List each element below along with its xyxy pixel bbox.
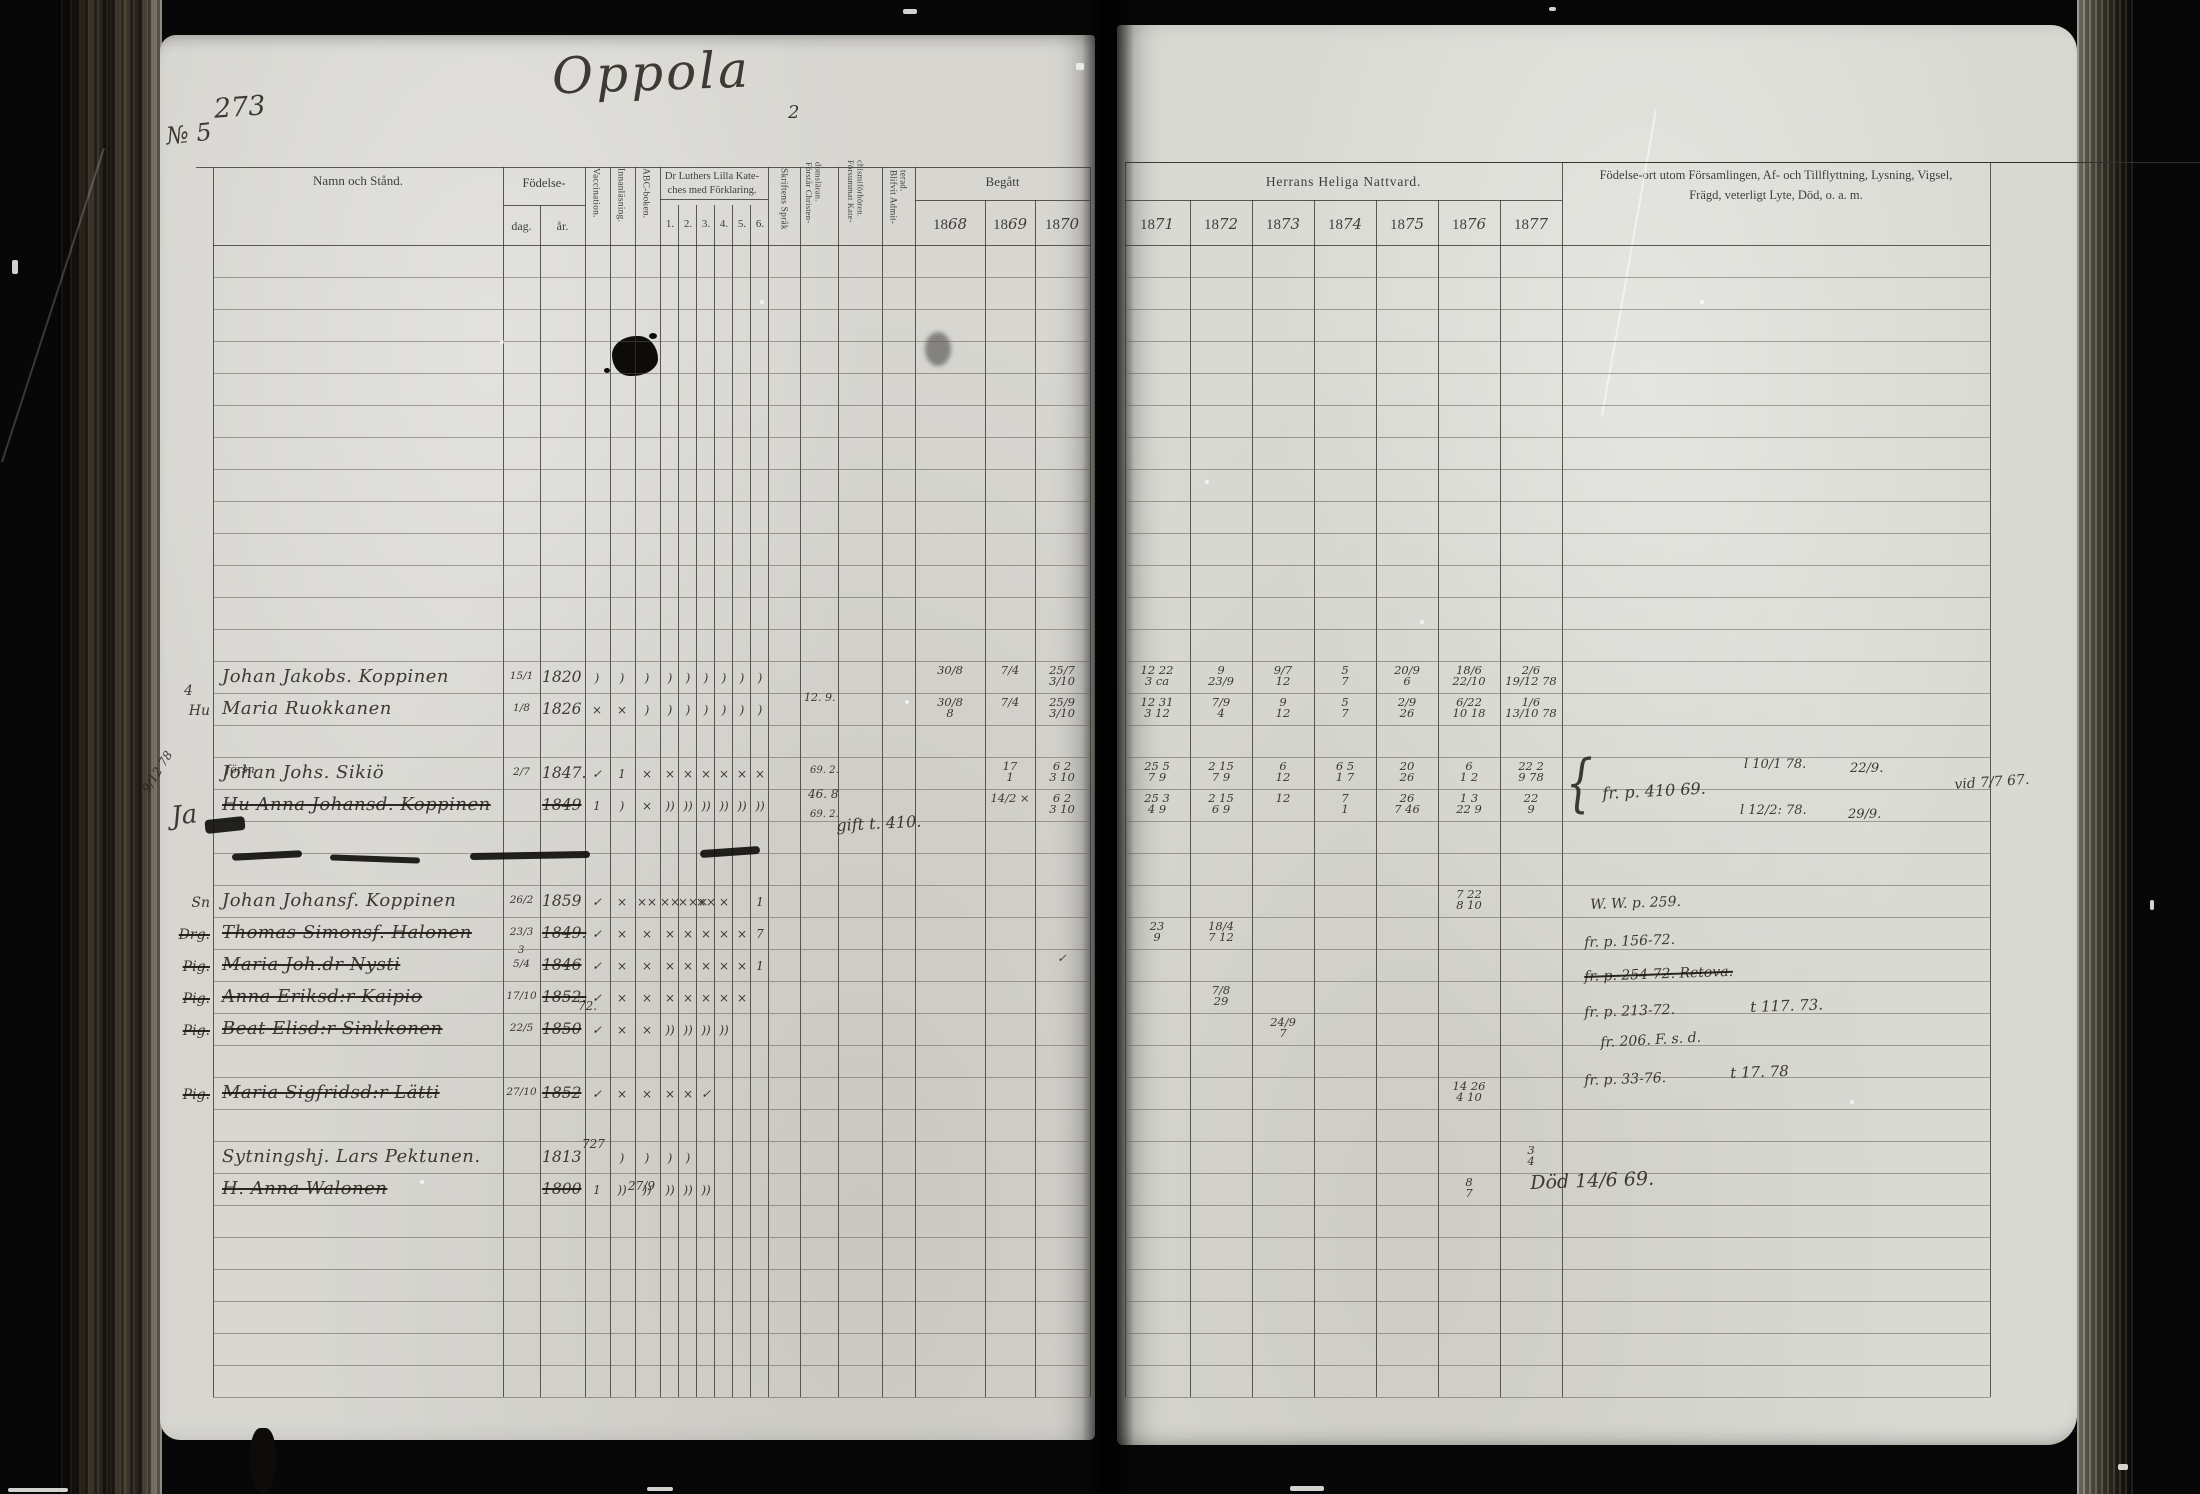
- grid-rowline: [213, 533, 1090, 534]
- tick-mark: ××: [696, 896, 716, 908]
- communion-mark: 12 313 12: [1127, 697, 1187, 718]
- grid-rowline: [1125, 565, 1990, 566]
- grid-rowline: [213, 949, 1090, 950]
- tick-mark: ×: [732, 768, 752, 780]
- tick-mark: ): [714, 672, 734, 684]
- margin-note: l 12/2: 78.: [1740, 804, 1807, 817]
- tick-mark: ×: [714, 992, 734, 1004]
- tick-mark: ×: [678, 1088, 698, 1100]
- tick-mark: ): [637, 672, 657, 684]
- record-prefix: Pig.: [160, 1088, 210, 1102]
- catechism-col-header: 6.: [751, 218, 769, 230]
- tick-mark: ×: [612, 928, 632, 940]
- tick-mark: 1: [612, 768, 632, 780]
- communion-mark: 7/4: [980, 665, 1040, 676]
- right-page: [1117, 25, 2077, 1445]
- record-birth-year: 1859: [542, 894, 586, 910]
- grid-hline: [213, 245, 1090, 246]
- grid-rowline: [213, 1333, 1090, 1334]
- tick-mark: ): [612, 800, 632, 812]
- grid-rowline: [1125, 405, 1990, 406]
- communion-mark: 25/93/10: [1032, 697, 1092, 718]
- record-prefix: Pig.: [160, 992, 210, 1006]
- grid-rowline: [1125, 373, 1990, 374]
- tick-mark: ×: [678, 992, 698, 1004]
- tick-mark: ×: [714, 768, 734, 780]
- record-prefix: Drg.: [160, 928, 210, 942]
- grid-rowline: [1125, 693, 1990, 694]
- margin-note: fr. p. 156-72.: [1584, 933, 1675, 950]
- book-edge-right: [2077, 0, 2135, 1494]
- record-name: Sytningshj. Lars Pektunen.: [222, 1148, 481, 1166]
- grid-rowline: [1125, 885, 1990, 886]
- communion-mark: 171: [980, 761, 1040, 782]
- year-header-1874: 1874: [1315, 216, 1375, 234]
- grid-rowline: [213, 629, 1090, 630]
- grid-rowline: [213, 437, 1090, 438]
- margin-note: Död 14/6 69.: [1530, 1170, 1654, 1193]
- tick-mark: )): [660, 1184, 680, 1196]
- grid-hline: [1125, 162, 2040, 163]
- grid-rowline: [213, 821, 1090, 822]
- paper-dust: [1420, 620, 1424, 624]
- record-birth-day: 26/2: [503, 895, 540, 906]
- tick-mark: )): [660, 800, 680, 812]
- record-birth-year: 1849.: [542, 926, 586, 942]
- catechism-col-header: 5.: [733, 218, 751, 230]
- tick-mark: ×: [696, 928, 716, 940]
- grid-rowline: [1125, 629, 1990, 630]
- grid-rowline: [1125, 1045, 1990, 1046]
- tick-mark: 1: [750, 896, 770, 908]
- record-birth-day: 22/5: [503, 1023, 540, 1034]
- page-number: 273: [213, 92, 266, 123]
- margin-note: t 117. 73.: [1750, 997, 1823, 1015]
- grid-vline: [882, 167, 883, 1397]
- tick-mark: ×: [637, 1088, 657, 1100]
- grid-rowline: [213, 789, 1090, 790]
- grid-rowline: [213, 1301, 1090, 1302]
- grid-rowline: [213, 309, 1090, 310]
- tick-mark: ✓: [587, 1088, 607, 1100]
- communion-mark: 18/622/10: [1439, 665, 1499, 686]
- grid-rowline: [1125, 341, 1990, 342]
- grid-rowline: [213, 885, 1090, 886]
- tick-mark: 7: [750, 928, 770, 940]
- margin-note: 22/9.: [1850, 762, 1883, 775]
- tick-mark: ×: [612, 960, 632, 972]
- grid-rowline: [213, 373, 1090, 374]
- dust-speck: [903, 9, 917, 14]
- col-header-understands: Förstår Christen-domsläran.: [804, 162, 822, 256]
- tick-mark: ): [660, 1152, 680, 1164]
- tick-mark: ×: [696, 992, 716, 1004]
- grid-rowline: [1125, 1301, 1990, 1302]
- record-name: Maria Joh.dr Nysti: [222, 956, 400, 974]
- communion-mark: 2/619/12 78: [1501, 665, 1561, 686]
- tick-mark: )): [678, 1184, 698, 1196]
- catechism-col-header: 2.: [679, 218, 697, 230]
- grid-rowline: [1125, 917, 1990, 918]
- col-header-communion: Herrans Heliga Nattvard.: [1125, 174, 1562, 189]
- grid-rowline: [1125, 1013, 1990, 1014]
- dust-speck: [12, 260, 18, 274]
- tick-mark: ×: [612, 992, 632, 1004]
- tick-mark: ×: [612, 896, 632, 908]
- communion-mark: 71: [1315, 793, 1375, 814]
- year-header-1872: 1872: [1191, 216, 1251, 234]
- grid-rowline: [213, 565, 1090, 566]
- grid-rowline: [1125, 1269, 1990, 1270]
- tick-mark: ): [732, 672, 752, 684]
- grid-rowline: [1125, 1141, 1990, 1142]
- margin-note: 12. 9.: [804, 692, 836, 703]
- year-header-1870: 1870: [1032, 216, 1092, 234]
- communion-mark: 14 264 10: [1439, 1081, 1499, 1102]
- year-header-1868: 1868: [920, 216, 980, 234]
- grid-vline: [635, 167, 636, 1397]
- grid-vline: [1562, 162, 1563, 1397]
- grid-rowline: [1125, 277, 1990, 278]
- communion-mark: 25 34 9: [1127, 793, 1187, 814]
- book-edge-left: [58, 0, 162, 1494]
- communion-mark: 267 46: [1377, 793, 1437, 814]
- tick-mark: ×: [660, 768, 680, 780]
- grid-rowline: [1125, 597, 1990, 598]
- communion-mark: 2/926: [1377, 697, 1437, 718]
- record-name: Beat Elisd:r Sinkkonen: [222, 1020, 443, 1038]
- grid-rowline: [213, 1173, 1090, 1174]
- grid-rowline: [1125, 501, 1990, 502]
- communion-mark: 6 51 7: [1315, 761, 1375, 782]
- communion-mark: 61 2: [1439, 761, 1499, 782]
- tick-mark: ): [612, 672, 632, 684]
- communion-mark: 22 29 78: [1501, 761, 1561, 782]
- col-header-catechism-2: ches med Förklaring.: [652, 185, 772, 197]
- margin-note: 46. 8: [808, 788, 839, 800]
- record-birth-year: 1852: [542, 1086, 586, 1102]
- tick-mark: ): [750, 672, 770, 684]
- record-birth-year: 1849: [542, 798, 586, 814]
- catechism-col-header: 1.: [661, 218, 679, 230]
- margin-note: 3: [518, 946, 524, 956]
- col-header-missed: Försummat Kate-chismiförhören.: [846, 160, 864, 256]
- tick-mark: 1: [587, 1184, 607, 1196]
- tick-mark: ×: [660, 960, 680, 972]
- col-header-abc: ABC-boken.: [640, 168, 650, 254]
- grid-rowline: [213, 501, 1090, 502]
- record-birth-day: 15/1: [503, 671, 540, 682]
- tick-mark: ): [637, 1152, 657, 1164]
- tick-mark: ×: [637, 960, 657, 972]
- dust-speck: [2118, 1464, 2128, 1470]
- tick-mark: )): [714, 1024, 734, 1036]
- grid-rowline: [213, 661, 1090, 662]
- col-header-reading: Innanläsning.: [615, 168, 625, 254]
- grid-rowline: [1125, 757, 1990, 758]
- col-header-vaccination: Vaccination.: [590, 168, 600, 254]
- grid-rowline: [1125, 789, 1990, 790]
- tick-mark: ×: [714, 960, 734, 972]
- grid-rowline: [1125, 981, 1990, 982]
- margin-note: 69. 2.: [810, 810, 839, 820]
- tick-mark: )): [696, 1024, 716, 1036]
- communion-mark: 239: [1127, 921, 1187, 942]
- tick-mark: ×: [660, 1088, 680, 1100]
- paper-dust: [1850, 1100, 1854, 1104]
- grid-rowline: [213, 1365, 1090, 1366]
- grid-rowline: [213, 597, 1090, 598]
- communion-mark: ✓: [1032, 953, 1092, 964]
- tick-mark: )): [660, 1024, 680, 1036]
- col-header-admitted: Blifvit Admit-terad.: [888, 170, 907, 256]
- tick-mark: ✓: [587, 960, 607, 972]
- record-birth-day: 27/10: [503, 1087, 540, 1098]
- record-name: Johan Johansf. Koppinen: [222, 892, 456, 910]
- grid-rowline: [1125, 1077, 1990, 1078]
- tick-mark: 1: [587, 800, 607, 812]
- record-name: Maria Sigfridsd:r Lätti: [222, 1084, 440, 1102]
- record-prefix: Pig.: [160, 960, 210, 974]
- record-birth-year: 1847.: [542, 766, 586, 782]
- paper-dust: [760, 300, 764, 304]
- grid-vline: [838, 167, 839, 1397]
- grid-hline: [1125, 200, 1562, 201]
- grid-rowline: [213, 1205, 1090, 1206]
- record-birth-day: 17/10: [503, 991, 540, 1002]
- record-birth-day: 1/8: [503, 703, 540, 714]
- record-name: H. Anna Walonen: [222, 1180, 387, 1198]
- record-birth-year: 1800: [542, 1182, 586, 1198]
- tick-mark: )): [732, 800, 752, 812]
- bookmark-ribbon: [250, 1428, 276, 1494]
- tick-mark: ×: [678, 928, 698, 940]
- grid-rowline: [1125, 949, 1990, 950]
- grid-rowline: [213, 1013, 1090, 1014]
- margin-note: fr. p. 213-72.: [1584, 1003, 1675, 1020]
- tick-mark: ): [678, 672, 698, 684]
- tick-mark: )): [696, 800, 716, 812]
- record-name: Anna Eriksd:r Kaipio: [222, 988, 422, 1006]
- tick-mark: 1: [750, 960, 770, 972]
- grid-vline: [213, 167, 214, 1397]
- tick-mark: ): [587, 672, 607, 684]
- tick-mark: ×: [612, 1024, 632, 1036]
- grid-rowline: [213, 981, 1090, 982]
- grid-vline: [800, 167, 801, 1397]
- tick-mark: ×: [732, 928, 752, 940]
- tick-mark: ×: [678, 960, 698, 972]
- tick-mark: ×: [637, 928, 657, 940]
- grid-rowline: [1125, 1205, 1990, 1206]
- grid-rowline: [213, 693, 1090, 694]
- grid-hline: [503, 205, 585, 206]
- grid-vline: [540, 205, 541, 1397]
- grid-rowline: [1125, 1333, 1990, 1334]
- grid-rowline: [1125, 437, 1990, 438]
- grid-rowline: [213, 917, 1090, 918]
- margin-note: 727: [582, 1138, 605, 1150]
- margin-note: t 17. 78: [1730, 1064, 1789, 1081]
- col-header-birth-year: år.: [540, 220, 585, 233]
- tick-mark: ×: [612, 1088, 632, 1100]
- communion-mark: 229: [1501, 793, 1561, 814]
- communion-mark: 612: [1253, 761, 1313, 782]
- communion-mark: 57: [1315, 665, 1375, 686]
- col-header-name: Namn och Stånd.: [253, 174, 463, 189]
- grid-rowline: [1125, 469, 1990, 470]
- communion-mark: 20/96: [1377, 665, 1437, 686]
- year-header-1869: 1869: [980, 216, 1040, 234]
- communion-mark: 1 322 9: [1439, 793, 1499, 814]
- dust-speck: [1549, 7, 1556, 11]
- margin-note: Ja: [170, 801, 199, 830]
- col-header-committed: Begått: [915, 175, 1090, 190]
- tick-mark: ): [732, 704, 752, 716]
- communion-mark: 912: [1253, 697, 1313, 718]
- communion-mark: 2 157 9: [1191, 761, 1251, 782]
- margin-note: {: [1566, 752, 1593, 815]
- grid-rowline: [213, 1237, 1090, 1238]
- grid-rowline: [213, 341, 1090, 342]
- communion-mark: 1/613/10 78: [1501, 697, 1561, 718]
- tick-mark: ): [696, 704, 716, 716]
- year-header-1876: 1876: [1439, 216, 1499, 234]
- grid-vline: [768, 167, 769, 1397]
- communion-mark: 12: [1253, 793, 1313, 804]
- record-birth-year: 1820: [542, 670, 586, 686]
- grid-rowline: [1125, 1365, 1990, 1366]
- grid-hline: [1125, 245, 1990, 246]
- year-header-1871: 1871: [1127, 216, 1187, 234]
- tick-mark: )): [678, 1024, 698, 1036]
- col-header-notes-1: Födelse-ort utom Församlingen, Af- och T…: [1562, 168, 1990, 182]
- margin-note: W. W. p. 259.: [1590, 895, 1681, 912]
- tick-mark: ×: [732, 960, 752, 972]
- grid-rowline: [213, 1109, 1090, 1110]
- tick-mark: ): [714, 704, 734, 716]
- record-name: Maria Ruokkanen: [222, 700, 392, 718]
- tick-mark: ×: [612, 704, 632, 716]
- record-name: Hu Anna Johansd. Koppinen: [222, 796, 491, 814]
- year-header-1875: 1875: [1377, 216, 1437, 234]
- grid-rowline: [213, 1045, 1090, 1046]
- grid-rowline: [213, 1077, 1090, 1078]
- tick-mark: )): [678, 800, 698, 812]
- communion-mark: 24/97: [1253, 1017, 1313, 1038]
- record-birth-day: 2/7: [503, 767, 540, 778]
- margin-note: fr. p. 33-76.: [1584, 1071, 1666, 1088]
- record-birth-year: 1813: [542, 1150, 586, 1166]
- tick-mark: ××: [637, 896, 657, 908]
- header-number-note: № 5: [165, 120, 213, 149]
- dust-speck: [1076, 63, 1084, 70]
- grid-vline: [503, 167, 504, 1397]
- paper-dust: [420, 1180, 424, 1184]
- grid-rowline: [213, 1141, 1090, 1142]
- tick-mark: ×: [696, 960, 716, 972]
- record-name: Thomas Simonsf. Halonen: [222, 924, 472, 942]
- grid-rowline: [1125, 853, 1990, 854]
- tick-mark: )): [714, 800, 734, 812]
- communion-mark: 14/2 ×: [980, 793, 1040, 804]
- grid-rowline: [213, 469, 1090, 470]
- tick-mark: ×: [637, 992, 657, 1004]
- record-birth-day: 5/4: [503, 959, 540, 970]
- record-prefix: Sn: [160, 896, 210, 910]
- col-header-catechism-1: Dr Luthers Lilla Kate-: [652, 171, 772, 183]
- grid-rowline: [1125, 309, 1990, 310]
- paper-dust: [905, 700, 909, 704]
- communion-mark: 18/47 12: [1191, 921, 1251, 942]
- dust-speck: [8, 1488, 68, 1492]
- grid-rowline: [213, 277, 1090, 278]
- communion-mark: 2026: [1377, 761, 1437, 782]
- margin-note: 29/9.: [1848, 808, 1881, 821]
- tick-mark: ✓: [587, 896, 607, 908]
- grid-rowline: [1125, 1397, 1990, 1398]
- communion-mark: 30/8: [920, 665, 980, 676]
- record-prefix: Pig.: [160, 1024, 210, 1038]
- grid-vline: [915, 167, 916, 1397]
- ink-blot-satellite: [649, 333, 657, 339]
- grid-rowline: [213, 1269, 1090, 1270]
- ink-smudge: [925, 332, 951, 366]
- tick-mark: ): [678, 1152, 698, 1164]
- communion-mark: 25/73/10: [1032, 665, 1092, 686]
- record-prefix: Hu: [160, 704, 210, 718]
- tick-mark: ×××: [678, 896, 698, 908]
- catechism-col-header: 3.: [697, 218, 715, 230]
- communion-mark: 87: [1439, 1177, 1499, 1198]
- grid-rowline: [1125, 661, 1990, 662]
- tick-mark: ): [750, 704, 770, 716]
- tick-mark: ): [637, 704, 657, 716]
- grid-rowline: [213, 405, 1090, 406]
- communion-mark: 12 223 ca: [1127, 665, 1187, 686]
- tick-mark: ×: [732, 992, 752, 1004]
- margin-note: 27/9: [628, 1180, 655, 1192]
- grid-vline: [660, 167, 661, 1397]
- tick-mark: ××: [660, 896, 680, 908]
- communion-mark: 7 228 10: [1439, 889, 1499, 910]
- tick-mark: ✓: [696, 1088, 716, 1100]
- page-title-mark: 2: [788, 104, 799, 122]
- margin-note: 69. 2.: [810, 766, 839, 776]
- record-birth-year: 1846: [542, 958, 586, 974]
- dust-speck: [2150, 900, 2154, 910]
- parish-register-scan: 273 Oppola 2 № 5 Namn och Stånd. Födelse…: [0, 0, 2200, 1494]
- tick-mark: ×: [637, 800, 657, 812]
- grid-rowline: [1125, 1109, 1990, 1110]
- communion-mark: 34: [1501, 1145, 1561, 1166]
- paper-dust: [1700, 300, 1704, 304]
- catechism-col-header: 4.: [715, 218, 733, 230]
- communion-mark: 2 156 9: [1191, 793, 1251, 814]
- dust-speck: [647, 1487, 673, 1491]
- communion-mark: 6 23 10: [1032, 793, 1092, 814]
- grid-rowline: [213, 1397, 1090, 1398]
- record-birth-year: 1826: [542, 702, 586, 718]
- tick-mark: ×: [696, 768, 716, 780]
- communion-mark: 923/9: [1191, 665, 1251, 686]
- tick-mark: ×: [660, 928, 680, 940]
- tick-mark: ×: [714, 896, 734, 908]
- page-title: Oppola: [551, 45, 752, 102]
- communion-mark: 7/94: [1191, 697, 1251, 718]
- communion-mark: 9/712: [1253, 665, 1313, 686]
- tick-mark: ×: [637, 1024, 657, 1036]
